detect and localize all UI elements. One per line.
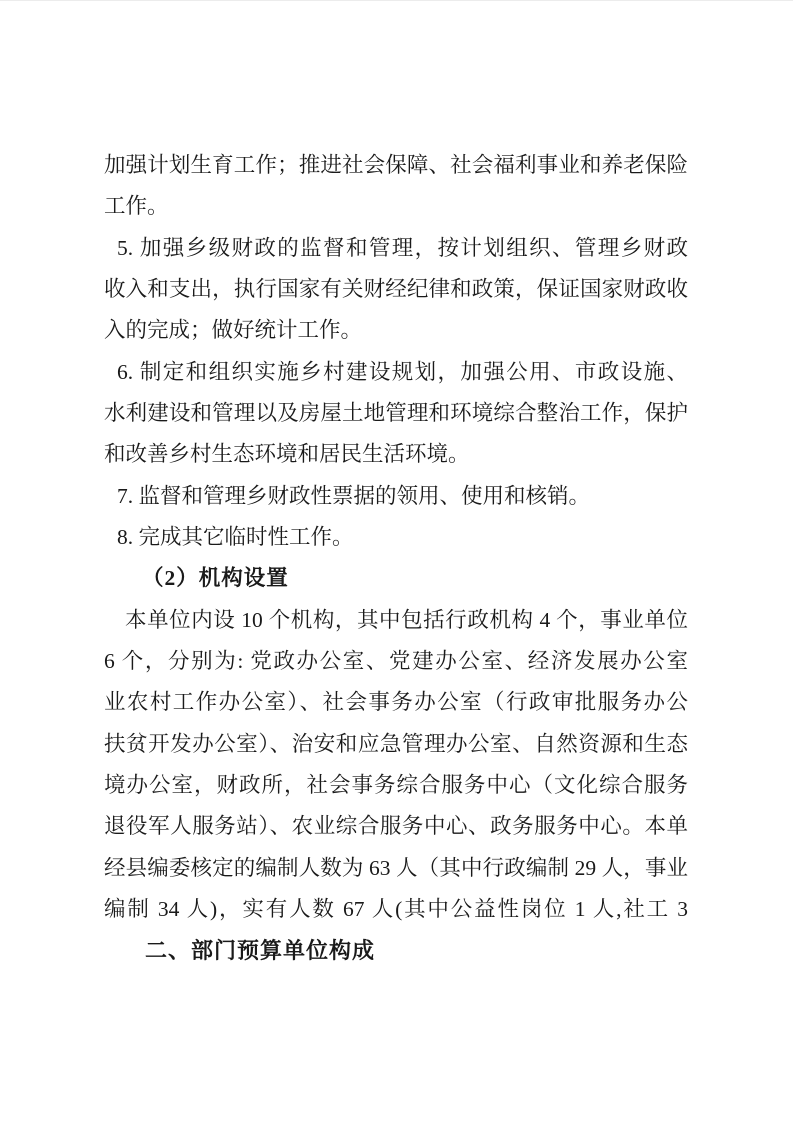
text-line: 水利建设和管理以及房屋土地管理和环境综合整治工作，保护 bbox=[104, 393, 688, 434]
text-line: 工作。 bbox=[104, 186, 688, 227]
text-line: 编制 34 人)，实有人数 67 人(其中公益性岗位 1 人,社工 3 人)。 bbox=[104, 889, 688, 930]
text-line: 扶贫开发办公室）、治安和应急管理办公室、自然资源和生态环 bbox=[104, 724, 688, 765]
text-line: 和改善乡村生态环境和居民生活环境。 bbox=[104, 434, 688, 475]
text-line: 收入和支出，执行国家有关财经纪律和政策，保证国家财政收 bbox=[104, 269, 688, 310]
text-line: 退役军人服务站）、农业综合服务中心、政务服务中心。本单位 bbox=[104, 806, 688, 847]
text-line: 6. 制定和组织实施乡村建设规划，加强公用、市政设施、 bbox=[104, 352, 688, 393]
text-line: 境办公室，财政所，社会事务综合服务中心（文化综合服务站、 bbox=[104, 765, 688, 806]
document-body: 加强计划生育工作；推进社会保障、社会福利事业和养老保险工作。5. 加强乡级财政的… bbox=[104, 145, 688, 972]
text-line: 8. 完成其它临时性工作。 bbox=[104, 517, 688, 558]
paragraph-organization-detail: 本单位内设 10 个机构，其中包括行政机构 4 个，事业单位6 个，分别为: 党… bbox=[104, 600, 688, 931]
paragraph-item-6-village-construction: 6. 制定和组织实施乡村建设规划，加强公用、市政设施、水利建设和管理以及房屋土地… bbox=[104, 352, 688, 476]
text-line: 入的完成；做好统计工作。 bbox=[104, 310, 688, 351]
heading-organization-setup: （2）机构设置 bbox=[104, 558, 688, 599]
text-line: 经县编委核定的编制人数为 63 人（其中行政编制 29 人，事业 bbox=[104, 848, 688, 889]
text-line: 本单位内设 10 个机构，其中包括行政机构 4 个，事业单位 bbox=[104, 600, 688, 641]
paragraph-continued-family-planning: 加强计划生育工作；推进社会保障、社会福利事业和养老保险工作。 bbox=[104, 145, 688, 228]
text-line: （2）机构设置 bbox=[104, 558, 688, 599]
paragraph-item-7-fiscal-bills: 7. 监督和管理乡财政性票据的领用、使用和核销。 bbox=[104, 476, 688, 517]
text-line: 加强计划生育工作；推进社会保障、社会福利事业和养老保险 bbox=[104, 145, 688, 186]
paragraph-item-8-temporary-work: 8. 完成其它临时性工作。 bbox=[104, 517, 688, 558]
heading-budget-unit-composition: 二、部门预算单位构成 bbox=[104, 930, 688, 971]
text-line: 业农村工作办公室）、社会事务办公室（行政审批服务办公室、 bbox=[104, 682, 688, 723]
document-page: 加强计划生育工作；推进社会保障、社会福利事业和养老保险工作。5. 加强乡级财政的… bbox=[0, 0, 793, 1122]
text-line: 6 个，分别为: 党政办公室、党建办公室、经济发展办公室（农 bbox=[104, 641, 688, 682]
text-line: 7. 监督和管理乡财政性票据的领用、使用和核销。 bbox=[104, 476, 688, 517]
text-line: 二、部门预算单位构成 bbox=[104, 930, 688, 971]
paragraph-item-5-finance-supervision: 5. 加强乡级财政的监督和管理，按计划组织、管理乡财政收入和支出，执行国家有关财… bbox=[104, 228, 688, 352]
text-line: 5. 加强乡级财政的监督和管理，按计划组织、管理乡财政 bbox=[104, 228, 688, 269]
